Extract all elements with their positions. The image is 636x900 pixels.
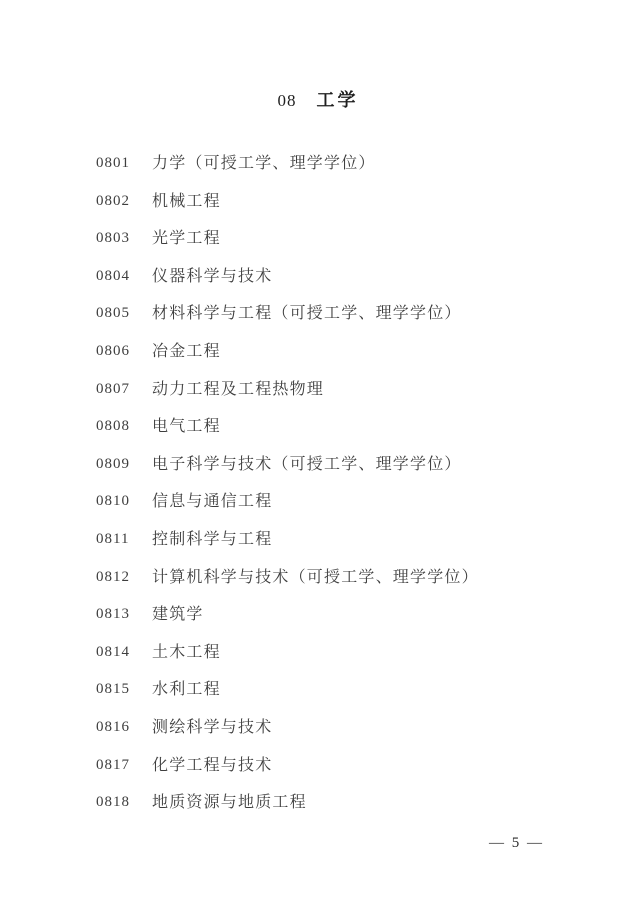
discipline-code: 0817 (96, 756, 152, 775)
list-item: 0805材料科学与工程（可授工学、理学学位） (96, 304, 606, 342)
list-item: 0807动力工程及工程热物理 (96, 380, 606, 418)
discipline-code: 0806 (96, 342, 152, 361)
list-item: 0814土木工程 (96, 643, 606, 681)
discipline-name: 化学工程与技术 (152, 756, 272, 775)
discipline-name: 光学工程 (152, 229, 221, 248)
discipline-code: 0811 (96, 530, 152, 549)
list-item: 0806冶金工程 (96, 342, 606, 380)
list-item: 0802机械工程 (96, 192, 606, 230)
discipline-code: 0810 (96, 492, 152, 511)
discipline-code: 0815 (96, 680, 152, 699)
discipline-code: 0812 (96, 568, 152, 587)
list-item: 0811控制科学与工程 (96, 530, 606, 568)
list-item: 0803光学工程 (96, 229, 606, 267)
discipline-code: 0814 (96, 643, 152, 662)
discipline-code: 0808 (96, 417, 152, 436)
discipline-name: 仪器科学与技术 (152, 267, 272, 286)
discipline-code: 0807 (96, 380, 152, 399)
discipline-code: 0805 (96, 304, 152, 323)
discipline-name: 建筑学 (152, 605, 204, 624)
list-item: 0809电子科学与技术（可授工学、理学学位） (96, 455, 606, 493)
discipline-name: 水利工程 (152, 680, 221, 699)
category-code: 08 (278, 91, 297, 110)
discipline-name: 机械工程 (152, 192, 221, 211)
discipline-name: 力学（可授工学、理学学位） (152, 154, 376, 173)
page-number: — 5 — (489, 835, 544, 852)
discipline-name: 地质资源与地质工程 (152, 793, 307, 812)
discipline-name: 动力工程及工程热物理 (152, 380, 324, 399)
list-item: 0815水利工程 (96, 680, 606, 718)
discipline-name: 土木工程 (152, 643, 221, 662)
category-name: 工学 (317, 90, 359, 110)
list-item: 0816测绘科学与技术 (96, 718, 606, 756)
discipline-name: 测绘科学与技术 (152, 718, 272, 737)
list-item: 0804仪器科学与技术 (96, 267, 606, 305)
discipline-name: 电子科学与技术（可授工学、理学学位） (152, 455, 462, 474)
discipline-code: 0809 (96, 455, 152, 474)
discipline-code: 0818 (96, 793, 152, 812)
discipline-code: 0801 (96, 154, 152, 173)
list-item: 0818地质资源与地质工程 (96, 793, 606, 831)
discipline-code: 0803 (96, 229, 152, 248)
list-item: 0817化学工程与技术 (96, 756, 606, 794)
list-item: 0801力学（可授工学、理学学位） (96, 154, 606, 192)
discipline-name: 电气工程 (152, 417, 221, 436)
discipline-name: 信息与通信工程 (152, 492, 272, 511)
list-item: 0812计算机科学与技术（可授工学、理学学位） (96, 568, 606, 606)
list-item: 0813建筑学 (96, 605, 606, 643)
list-item: 0810信息与通信工程 (96, 492, 606, 530)
discipline-list: 0801力学（可授工学、理学学位）0802机械工程0803光学工程0804仪器科… (96, 154, 606, 831)
discipline-name: 材料科学与工程（可授工学、理学学位） (152, 304, 462, 323)
list-item: 0808电气工程 (96, 417, 606, 455)
discipline-code: 0816 (96, 718, 152, 737)
discipline-code: 0804 (96, 267, 152, 286)
discipline-name: 控制科学与工程 (152, 530, 272, 549)
discipline-code: 0813 (96, 605, 152, 624)
discipline-name: 计算机科学与技术（可授工学、理学学位） (152, 568, 479, 587)
page-title: 08工学 (0, 86, 636, 112)
document-page: 08工学 0801力学（可授工学、理学学位）0802机械工程0803光学工程08… (0, 0, 636, 900)
discipline-code: 0802 (96, 192, 152, 211)
discipline-name: 冶金工程 (152, 342, 221, 361)
